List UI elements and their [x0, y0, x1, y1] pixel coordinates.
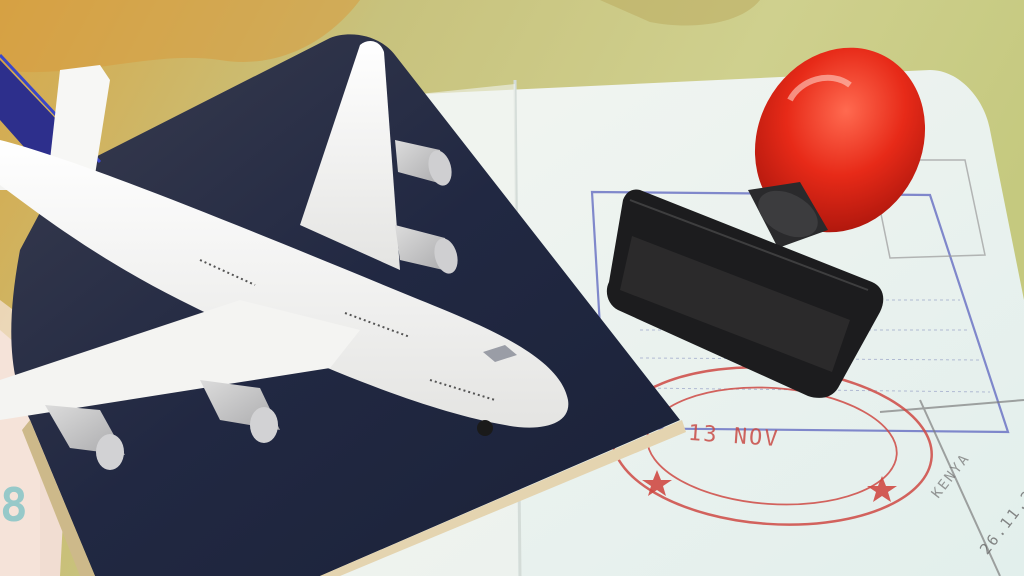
photo-illustration	[0, 0, 1024, 576]
photo-scene: 13 NOV KENYA 26.11.2007 8	[0, 0, 1024, 576]
passport-page-number: 8	[0, 478, 30, 532]
